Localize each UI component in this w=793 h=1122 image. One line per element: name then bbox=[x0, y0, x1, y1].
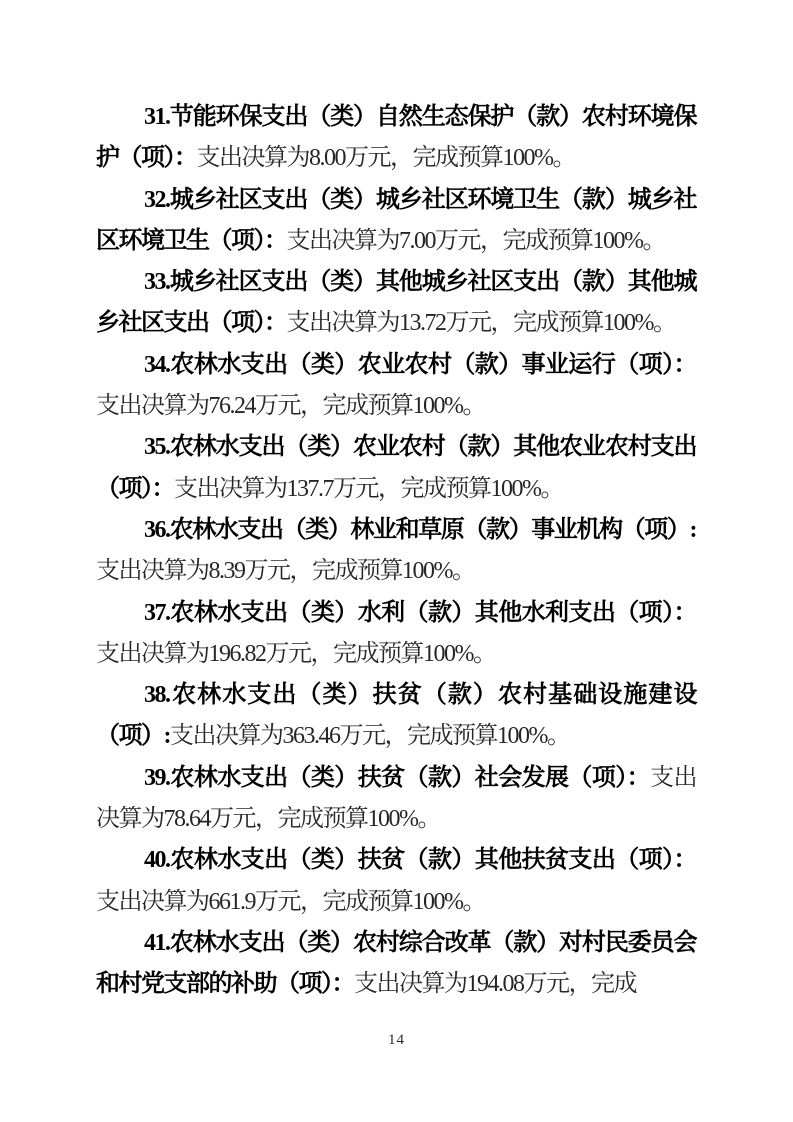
expenditure-item: 38.农林水支出（类）扶贫（款）农村基础设施建设（项）:支出决算为363.46万… bbox=[96, 675, 696, 758]
expenditure-item: 32.城乡社区支出（类）城乡社区环境卫生（款）城乡社区环境卫生（项）：支出决算为… bbox=[96, 180, 696, 263]
page-number: 14 bbox=[388, 1032, 405, 1048]
expenditure-item: 36.农林水支出（类）林业和草原（款）事业机构（项）:支出决算为8.39万元，完… bbox=[96, 510, 696, 593]
expenditure-item-body: 支出决算为8.00万元，完成预算100%。 bbox=[197, 145, 576, 171]
document-body: 31.节能环保支出（类）自然生态保护（款）农村环境保护（项）：支出决算为8.00… bbox=[96, 97, 696, 1006]
expenditure-item-body: 支出决算为137.7万元，完成预算100%。 bbox=[174, 476, 563, 502]
expenditure-item: 31.节能环保支出（类）自然生态保护（款）农村环境保护（项）：支出决算为8.00… bbox=[96, 97, 696, 180]
expenditure-items-list: 31.节能环保支出（类）自然生态保护（款）农村环境保护（项）：支出决算为8.00… bbox=[96, 97, 696, 1006]
expenditure-item: 40.农林水支出（类）扶贫（款）其他扶贫支出（项）：支出决算为661.9万元，完… bbox=[96, 840, 696, 923]
document-page: 31.节能环保支出（类）自然生态保护（款）农村环境保护（项）：支出决算为8.00… bbox=[0, 0, 793, 1122]
expenditure-item-heading: 39.农林水支出（类）扶贫（款）社会发展（项）： bbox=[144, 765, 650, 791]
expenditure-item-body: 支出决算为76.24万元，完成预算100%。 bbox=[96, 393, 485, 419]
expenditure-item-body: 支出决算为196.82万元，完成预算100%。 bbox=[96, 641, 496, 667]
expenditure-item-body: 支出决算为194.08万元，完成 bbox=[354, 971, 636, 997]
expenditure-item-heading: 36.农林水支出（类）林业和草原（款）事业机构（项）: bbox=[144, 517, 696, 543]
expenditure-item: 41.农林水支出（类）农村综合改革（款）对村民委员会和村党支部的补助（项）：支出… bbox=[96, 923, 696, 1006]
expenditure-item-heading: 40.农林水支出（类）扶贫（款）其他扶贫支出（项）： bbox=[144, 847, 696, 873]
expenditure-item: 34.农林水支出（类）农业农村（款）事业运行（项）：支出决算为76.24万元，完… bbox=[96, 345, 696, 428]
expenditure-item-body: 支出决算为7.00万元，完成预算100%。 bbox=[287, 228, 666, 254]
expenditure-item-body: 支出决算为363.46万元，完成预算100%。 bbox=[170, 723, 570, 749]
expenditure-item: 37.农林水支出（类）水利（款）其他水利支出（项）：支出决算为196.82万元，… bbox=[96, 593, 696, 676]
expenditure-item-heading: 37.农林水支出（类）水利（款）其他水利支出（项）： bbox=[144, 600, 696, 626]
expenditure-item: 33.城乡社区支出（类）其他城乡社区支出（款）其他城乡社区支出（项）：支出决算为… bbox=[96, 262, 696, 345]
expenditure-item-body: 支出决算为8.39万元，完成预算100%。 bbox=[96, 558, 475, 584]
expenditure-item-heading: 34.农林水支出（类）农业农村（款）事业运行（项）： bbox=[144, 352, 696, 378]
expenditure-item-body: 支出决算为661.9万元，完成预算100%。 bbox=[96, 889, 485, 915]
expenditure-item: 35.农林水支出（类）农业农村（款）其他农业农村支出（项）：支出决算为137.7… bbox=[96, 427, 696, 510]
page-footer: 14 bbox=[0, 1031, 793, 1049]
expenditure-item-body: 支出决算为13.72万元，完成预算100%。 bbox=[287, 310, 676, 336]
expenditure-item: 39.农林水支出（类）扶贫（款）社会发展（项）：支出决算为78.64万元，完成预… bbox=[96, 758, 696, 841]
